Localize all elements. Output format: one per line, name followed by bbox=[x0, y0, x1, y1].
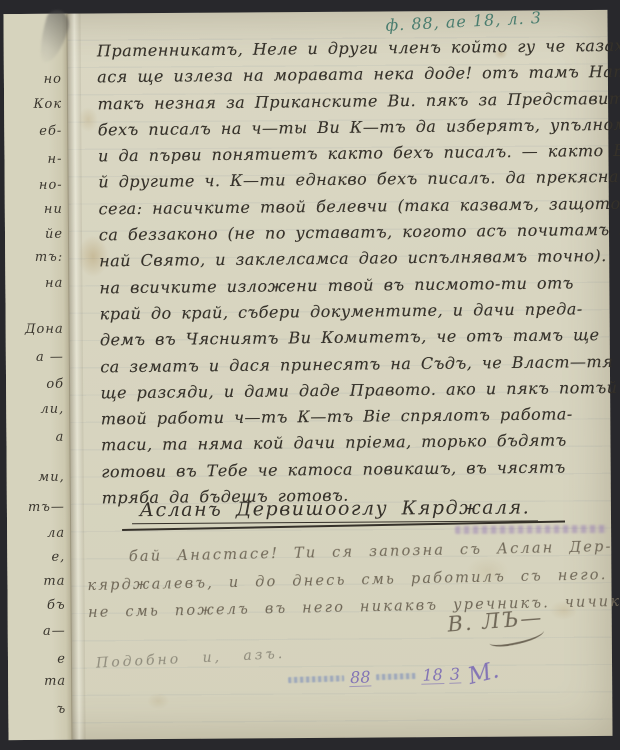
margin-fragment: ми, bbox=[7, 470, 69, 485]
margin-fragment: тъ— bbox=[7, 500, 69, 515]
margin-fragment: но- bbox=[5, 178, 67, 193]
margin-fragment: йе bbox=[5, 227, 67, 242]
margin-fragment: Кок bbox=[4, 97, 66, 112]
margin-fragment: ли, bbox=[6, 402, 68, 417]
pencil-note: Подобно и, азъ. bbox=[96, 646, 286, 672]
margin-fragment: но bbox=[4, 72, 66, 87]
letter-line: готови въ Тебе че катоса повикашъ, въ чя… bbox=[101, 454, 609, 486]
margin-fragment: н- bbox=[4, 152, 66, 167]
margin-fragment: ни bbox=[5, 202, 67, 217]
illegible-stamp-segment bbox=[376, 673, 416, 680]
faint-purple-stamp bbox=[455, 525, 607, 534]
margin-fragment: а — bbox=[6, 350, 68, 365]
stamp-fond-number: 88 bbox=[349, 669, 372, 687]
adjacent-page-edge: ноКокеб-н-но-нийетъ:наДонаа —обли,ами,тъ… bbox=[3, 14, 72, 740]
stamp-unit-number: 18 bbox=[421, 666, 444, 684]
letter-signature: Асланъ Дервишооглу Кярджаля. bbox=[125, 496, 545, 524]
stamp-sheet-number: 3 bbox=[449, 666, 462, 683]
margin-fragment: еб- bbox=[4, 124, 66, 139]
scanned-letter-page: ноКокеб-н-но-нийетъ:наДонаа —обли,ами,тъ… bbox=[3, 10, 612, 740]
illegible-stamp-segment bbox=[288, 675, 344, 683]
letter-signature-text: Асланъ Дервишооглу Кярджаля. bbox=[132, 496, 539, 524]
margin-fragment: об bbox=[6, 377, 68, 392]
margin-fragment: ъ bbox=[8, 702, 70, 717]
stamp-flourish: М. bbox=[465, 657, 501, 690]
margin-fragment: бъ bbox=[8, 598, 70, 613]
margin-fragment: на bbox=[5, 276, 67, 291]
margin-fragment: та bbox=[8, 674, 70, 689]
margin-fragment: е bbox=[8, 652, 70, 667]
margin-fragment: е, bbox=[7, 550, 69, 565]
letter-body: Пратенникатъ, Неле и други членъ който г… bbox=[97, 33, 610, 512]
archive-stamp: 88 18 3 М. bbox=[288, 660, 519, 694]
margin-fragment: та bbox=[7, 574, 69, 589]
margin-fragment: ла bbox=[7, 526, 69, 541]
margin-fragment: а bbox=[6, 430, 68, 445]
margin-fragment: тъ: bbox=[5, 250, 67, 265]
archive-notation: ф. 88, ае 18, л. 3 bbox=[385, 8, 542, 35]
margin-fragment: а— bbox=[8, 624, 70, 639]
margin-fragment: Дона bbox=[6, 322, 68, 337]
